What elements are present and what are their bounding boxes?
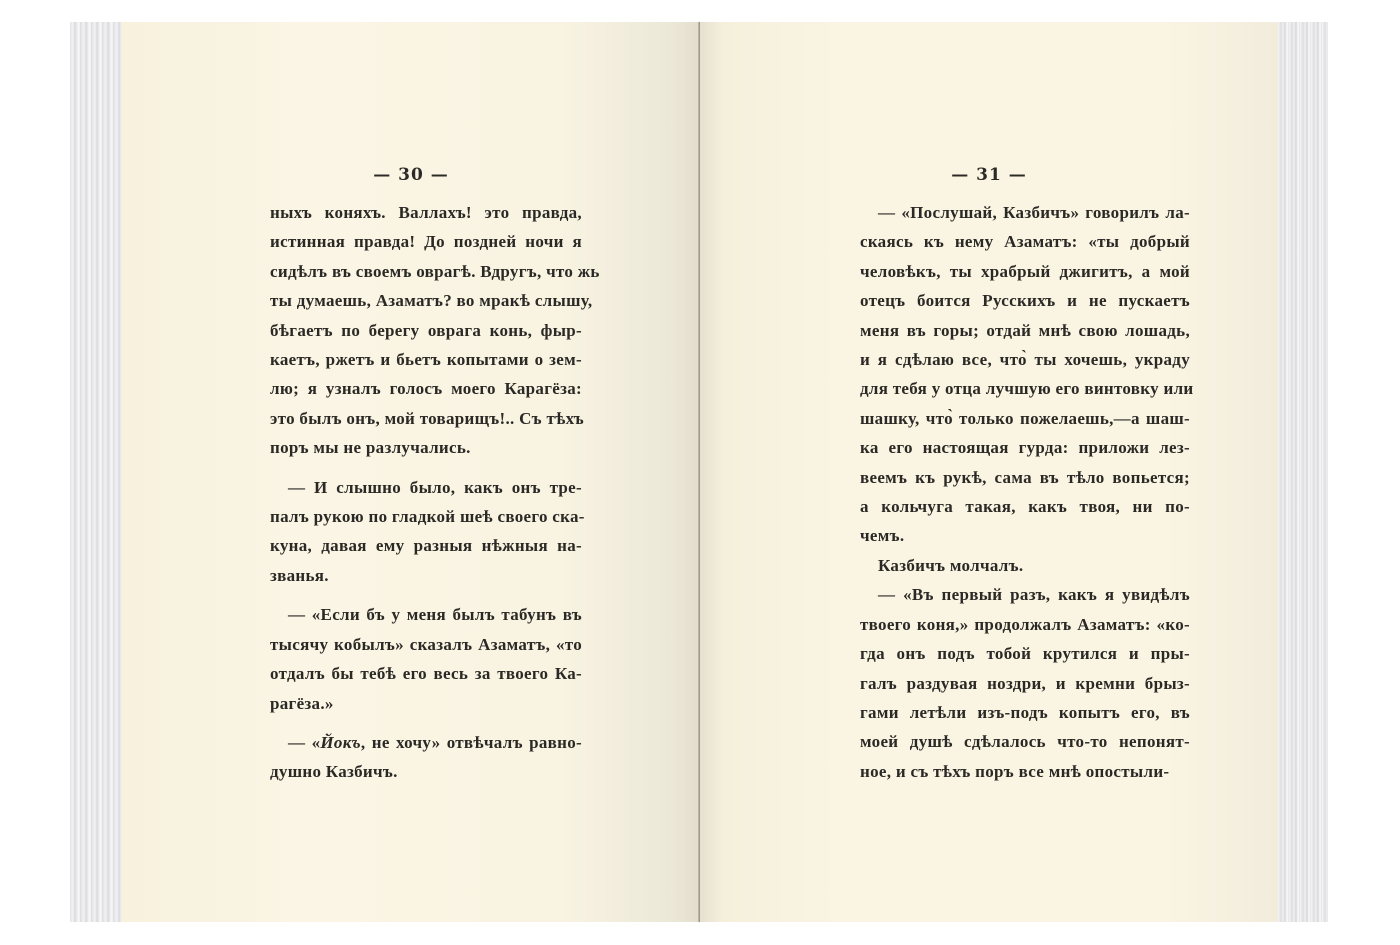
text-line: а кольчуга такая, какъ твоя, ни по-	[860, 492, 1190, 521]
text-line: и я сдѣлаю все, что̀ ты хочешь, украду	[860, 345, 1190, 374]
text-line: отдалъ бы тебѣ его весь за твоего Ка-	[270, 659, 582, 688]
italic-word: Йокъ	[320, 733, 361, 752]
text-line: гда онъ подъ тобой крутился и пры-	[860, 639, 1190, 668]
text-line: ка его настоящая гурда: приложи лез-	[860, 433, 1190, 462]
paragraph: — «Послушай, Казбичъ» говорилъ ла-скаясь…	[860, 198, 1190, 551]
text-line: лю; я узналъ голосъ моего Карагёза:	[270, 374, 582, 403]
text-line: веемъ къ рукѣ, сама въ тѣло вопьется;	[860, 463, 1190, 492]
text-line: — «Если бъ у меня былъ табунъ въ	[270, 600, 582, 629]
text-line: шашку, что̀ только пожелаешь,—а шаш-	[860, 404, 1190, 433]
text-line: рагёза.»	[270, 689, 582, 718]
paragraph: — «Въ первый разъ, какъ я увидѣлътвоего …	[860, 580, 1190, 786]
text-line: каетъ, ржетъ и бьетъ копытами о зем-	[270, 345, 582, 374]
text-line: Казбичъ молчалъ.	[860, 551, 1190, 580]
left-page-text: ныхъ коняхъ. Валлахъ! это правда,истинна…	[270, 198, 582, 787]
text-line: галъ раздувая ноздри, и кремни брыз-	[860, 669, 1190, 698]
paragraph-gap	[270, 590, 582, 600]
text-line: душно Казбичъ.	[270, 757, 582, 786]
open-book: — 30 — ныхъ коняхъ. Валлахъ! это правда,…	[70, 22, 1328, 922]
text-line: отецъ боится Русскихъ и не пускаетъ	[860, 286, 1190, 315]
text-line: ныхъ коняхъ. Валлахъ! это правда,	[270, 198, 582, 227]
text-line: поръ мы не разлучались.	[270, 433, 582, 462]
right-page-stack-edge	[1278, 22, 1328, 922]
text-line: — И слышно было, какъ онъ тре-	[270, 473, 582, 502]
text-line: куна, давая ему разныя нѣжныя на-	[270, 531, 582, 560]
text-line: — «Въ первый разъ, какъ я увидѣлъ	[860, 580, 1190, 609]
text-line: человѣкъ, ты храбрый джигитъ, а мой	[860, 257, 1190, 286]
text-line: — «Послушай, Казбичъ» говорилъ ла-	[860, 198, 1190, 227]
text-line: это былъ онъ, мой товарищъ!.. Съ тѣхъ	[270, 404, 582, 433]
right-page-text: — «Послушай, Казбичъ» говорилъ ла-скаясь…	[860, 198, 1190, 786]
left-page: — 30 — ныхъ коняхъ. Валлахъ! это правда,…	[122, 22, 700, 922]
text-line: — «Йокъ, не хочу» отвѣчалъ равно-	[270, 728, 582, 757]
text-line: тысячу кобылъ» сказалъ Азаматъ, «то	[270, 630, 582, 659]
left-page-stack-edge	[70, 22, 122, 922]
text-line: для тебя у отца лучшую его винтовку или	[860, 374, 1190, 403]
paragraph-gap	[270, 463, 582, 473]
text-line: скаясь къ нему Азаматъ: «ты добрый	[860, 227, 1190, 256]
text-line: твоего коня,» продолжалъ Азаматъ: «ко-	[860, 610, 1190, 639]
page-number-left: — 30 —	[122, 165, 700, 185]
text-line: чемъ.	[860, 521, 1190, 550]
text-line: сидѣлъ въ своемъ оврагѣ. Вдругъ, что жь	[270, 257, 582, 286]
text-line: ты думаешь, Азаматъ? во мракѣ слышу,	[270, 286, 582, 315]
text-line: истинная правда! До поздней ночи я	[270, 227, 582, 256]
text-line: ное, и съ тѣхъ поръ все мнѣ опостыли-	[860, 757, 1190, 786]
page-number-right: — 31 —	[700, 165, 1278, 185]
paragraph: — И слышно было, какъ онъ тре-палъ рукою…	[270, 473, 582, 591]
text-line: меня въ горы; отдай мнѣ свою лошадь,	[860, 316, 1190, 345]
right-page: — 31 — — «Послушай, Казбичъ» говорилъ ла…	[700, 22, 1278, 922]
paragraph: ныхъ коняхъ. Валлахъ! это правда,истинна…	[270, 198, 582, 463]
text-line: моей душѣ сдѣлалось что-то непонят-	[860, 727, 1190, 756]
paragraph: — «Йокъ, не хочу» отвѣчалъ равно-душно К…	[270, 728, 582, 787]
text-line: бѣгаетъ по берегу оврага конь, фыр-	[270, 316, 582, 345]
paragraph: Казбичъ молчалъ.	[860, 551, 1190, 580]
text-line: палъ рукою по гладкой шеѣ своего ска-	[270, 502, 582, 531]
text-line: званья.	[270, 561, 582, 590]
text-line: гами летѣли изъ-подъ копытъ его, въ	[860, 698, 1190, 727]
paragraph: — «Если бъ у меня былъ табунъ вътысячу к…	[270, 600, 582, 718]
paragraph-gap	[270, 718, 582, 728]
